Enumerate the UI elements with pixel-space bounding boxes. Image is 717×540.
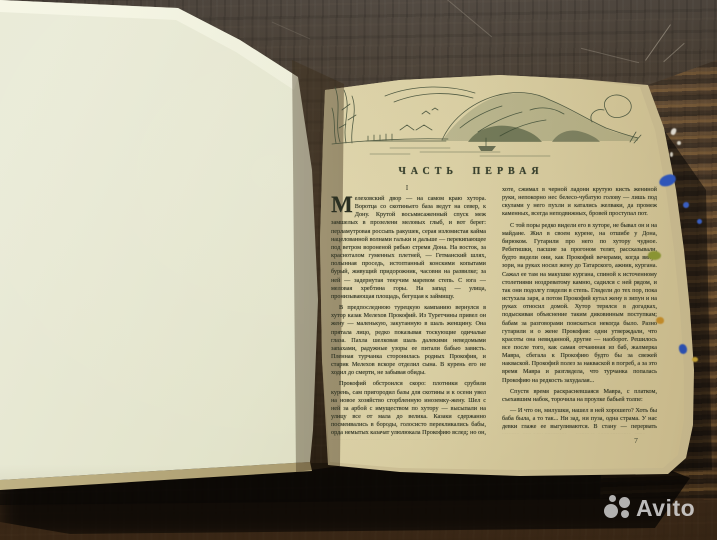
avito-wordmark: Avito: [636, 495, 695, 522]
photo-vignette: [0, 0, 717, 540]
avito-logo-icon: [604, 494, 631, 522]
book-photo: ЧАСТЬ ПЕРВАЯ I Мелеховский двор — на сам…: [0, 0, 717, 540]
avito-watermark: Avito: [604, 494, 695, 522]
